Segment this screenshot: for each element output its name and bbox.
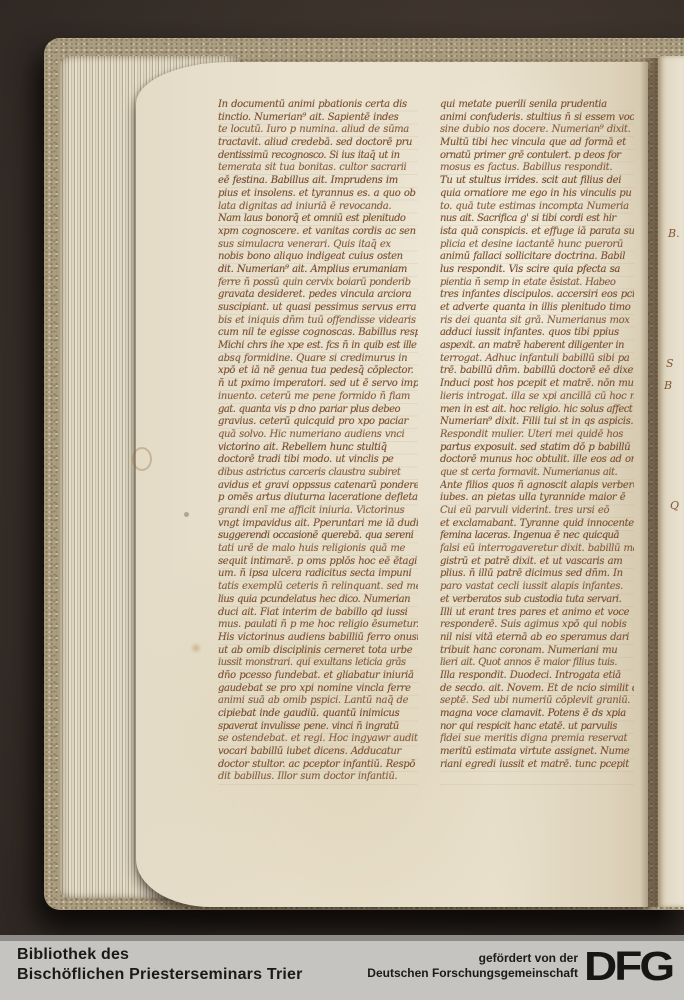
- manuscript-text-line: lius quia pcundelatus hec dico. Numerian: [218, 594, 418, 607]
- library-name: Bibliothek des Bischöflichen Priestersem…: [17, 945, 303, 984]
- manuscript-text-line: dit babillus. Illor sum doctor infantiū.: [218, 771, 418, 784]
- manuscript-text-line: vocari babillū iubet dicens. Adducatur: [218, 746, 418, 759]
- manuscript-text-line: lata dignitas ad iniuriā ē revocanda.: [218, 201, 418, 214]
- manuscript-text-line: xpō et iā nē genua tua pedesq̄ cōplector…: [218, 365, 418, 378]
- parchment-stain: [190, 642, 202, 654]
- manuscript-book: In documentū animi pbationis certa disti…: [44, 38, 684, 910]
- manuscript-text-line: men in est ait. hoc religio. hic solus a…: [440, 404, 634, 417]
- manuscript-text-line: septē. Sed ubi numeriū cōplevit graniū.: [440, 695, 634, 708]
- manuscript-text-line: lus respondit. Vis scire quia pfecta sa: [440, 264, 634, 277]
- manuscript-text-column-right: qui metate puerili senila prudentiaanimi…: [440, 99, 634, 787]
- manuscript-text-line: ferre n̄ possū quin cervix boiarū ponder…: [218, 277, 418, 290]
- manuscript-text-line: lieris introgat. illa se xpi ancillā cū …: [440, 391, 634, 404]
- manuscript-text-line: vngt impavidus ait. Pperuntari me iā dud…: [218, 518, 418, 531]
- funding-credit: gefördert von der Deutschen Forschungsge…: [367, 951, 578, 980]
- manuscript-text-line: Michi chrs ihe xpe est. fcs n̄ in quib e…: [218, 340, 418, 353]
- manuscript-text-line: pius et insolens. et tyrannus es. a quo …: [218, 188, 418, 201]
- manuscript-text-line: doctor stultor. ac pceptor infantiū. Res…: [218, 759, 418, 772]
- cropped-letter-fragment: B.: [668, 227, 680, 240]
- manuscript-text-line: ista quā conspicis. et effuge iā parata …: [440, 226, 634, 239]
- manuscript-text-line: ornatū primer grē contulert. p deos for: [440, 150, 634, 163]
- manuscript-text-line: His victorinus audiens babilliū ferro on…: [218, 632, 418, 645]
- manuscript-text-line: animi suā ab omib pspici. Lantū naq̄ de: [218, 695, 418, 708]
- dfg-logo: DFG: [584, 942, 676, 986]
- manuscript-text-line: Illi ut erant tres pares et animo et voc…: [440, 607, 634, 620]
- manuscript-text-line: victorino ait. Rebellem hunc stultiq̄: [218, 442, 418, 455]
- manuscript-text-line: absq formidine. Quare si credimurus in: [218, 353, 418, 366]
- manuscript-text-line: et verberatos sub custodia tuta servari.: [440, 594, 634, 607]
- manuscript-text-line: grandi enī me afficit iniuria. Victorinu…: [218, 505, 418, 518]
- manuscript-text-line: femina laceras. Ingenua ē nec quicquā: [440, 530, 634, 543]
- manuscript-text-line: cum nil te egisse cognoscas. Babillus re…: [218, 327, 418, 340]
- manuscript-text-line: et adverte quanta in illis plenitudo tim…: [440, 302, 634, 315]
- manuscript-text-line: fidei sue meritis digna premia reservat: [440, 733, 634, 746]
- manuscript-text-line: bis et iniquis dn̄m tuū offendisse videa…: [218, 315, 418, 328]
- manuscript-text-line: Nam laus bonorq̄ et omniū est plenitudo: [218, 213, 418, 226]
- manuscript-text-line: de secdo. ait. Novem. Et de ncio similit…: [440, 683, 634, 696]
- manuscript-text-line: quā solvo. Hic numeriano audiens vnci: [218, 429, 418, 442]
- manuscript-text-line: n̄ ut pximo imperatori. sed ut ē servo i…: [218, 378, 418, 391]
- manuscript-text-line: te locutū. Iuro p numina. aliud de sūma: [218, 124, 418, 137]
- manuscript-text-line: ut ab omib disciplinis cerneret tota urb…: [218, 645, 418, 658]
- manuscript-text-line: nobis bono aliquo indigeat cuius osten: [218, 251, 418, 264]
- manuscript-text-line: gistrū et patrē dixit. et ut vascaris am: [440, 556, 634, 569]
- manuscript-text-line: terrogat. Adhuc infantuli babillū sibi p…: [440, 353, 634, 366]
- cropped-letter-fragment: S: [666, 357, 674, 370]
- manuscript-text-line: dibus astrictus carceris claustra subire…: [218, 467, 418, 480]
- manuscript-text-line: dentissimū recognosco. Si ius itaq̄ ut i…: [218, 150, 418, 163]
- library-name-line1: Bibliothek des: [17, 945, 303, 965]
- manuscript-text-line: doctorē munus hoc obtulit. ille eos ad o…: [440, 454, 634, 467]
- manuscript-text-line: tribuit hanc coronam. Numeriani mu: [440, 645, 634, 658]
- manuscript-text-line: gat. quanta vis p dno pariar plus debeo: [218, 404, 418, 417]
- digitized-manuscript-photo: In documentū animi pbationis certa disti…: [0, 0, 684, 1000]
- manuscript-text-line: suggerendi occasionē querebā. qua sereni: [218, 530, 418, 543]
- verso-parchment-page: In documentū animi pbationis certa disti…: [136, 62, 648, 907]
- manuscript-text-line: tatis exemplū ceteris n̄ relinquant. sed…: [218, 581, 418, 594]
- cropped-letter-fragment: Q: [670, 499, 679, 512]
- manuscript-text-line: que st certa formavit. Numerianus ait.: [440, 467, 634, 480]
- manuscript-text-line: meritū estimata virtute assignet. Nume: [440, 746, 634, 759]
- manuscript-text-line: dn̄o pcesso fundebat. et gliabatur iniur…: [218, 670, 418, 683]
- manuscript-text-line: temerata sit tua bonitas. cultor sacrari…: [218, 162, 418, 175]
- funding-credit-line2: Deutschen Forschungsgemeinschaft: [367, 966, 578, 981]
- manuscript-text-line: Ante filios quos n̄ agnoscit alapis verb…: [440, 480, 634, 493]
- manuscript-text-line: Respondit mulier. Uteri mei quidē hos: [440, 429, 634, 442]
- manuscript-text-line: suscipiant. ut quasi pessimus servus err…: [218, 302, 418, 315]
- manuscript-text-line: partus exposuit. sed statim dō p babillū: [440, 442, 634, 455]
- manuscript-text-line: aspexit. an matrē haberent diligenter in: [440, 340, 634, 353]
- manuscript-text-line: tractavit. aliud credebā. sed doctorē pr…: [218, 137, 418, 150]
- cropped-letter-fragment: B: [664, 379, 672, 392]
- manuscript-text-line: tres infantes discipulos. accersiri eos …: [440, 289, 634, 302]
- funding-credit-line1: gefördert von der: [367, 951, 578, 966]
- manuscript-text-line: mus. paulati n̄ p me hoc religio ēsumetu…: [218, 619, 418, 632]
- manuscript-text-line: p omēs artus diuturna laceratione deflet…: [218, 492, 418, 505]
- manuscript-text-line: sequit intimarē. p oms pplōs hoc eē ētag…: [218, 556, 418, 569]
- manuscript-text-line: nil nisi vitā eternā ab eo speramus dari: [440, 632, 634, 645]
- manuscript-text-line: magna voce clamavit. Potens ē ds xpia: [440, 708, 634, 721]
- manuscript-text-line: Multū tibi hec vincula que ad formā et: [440, 137, 634, 150]
- manuscript-text-line: gravius. ceterū quicquid pro xpo paciar: [218, 416, 418, 429]
- manuscript-text-line: quia ornatiore me ego in his vinculis pu: [440, 188, 634, 201]
- manuscript-text-line: riani egredi iussit et matrē. tunc pcepi…: [440, 759, 634, 772]
- manuscript-text-line: plius. n̄ illū patrē dicimus sed dn̄m. I…: [440, 568, 634, 581]
- manuscript-text-line: sine dubio nos docere. Numerian⁹ dixit.: [440, 124, 634, 137]
- manuscript-text-line: Illa respondit. Duodeci. Introgata etiā: [440, 670, 634, 683]
- manuscript-text-line: duci ait. Fiat interim de babillo qd ius…: [218, 607, 418, 620]
- manuscript-text-line: doctorē tradi tibi modo. ut vinclis pe: [218, 454, 418, 467]
- manuscript-text-line: pientia n̄ semp in etate ēsistat. Habeo: [440, 277, 634, 290]
- manuscript-text-line: qui metate puerili senila prudentia: [440, 99, 634, 112]
- manuscript-text-line: paro vastat cecli iussit alapis infantes…: [440, 581, 634, 594]
- manuscript-text-line: sus simulacra venerari. Quis itaq̄ ex: [218, 239, 418, 252]
- manuscript-text-line: ris dei quanta sit grā. Numerianus mox: [440, 315, 634, 328]
- library-name-line2: Bischöflichen Priesterseminars Trier: [17, 965, 303, 985]
- manuscript-text-line: avidus et gravi oppssus catenarū pondere: [218, 480, 418, 493]
- manuscript-text-line: xpm cognoscere. et vanitas cordis ac sen: [218, 226, 418, 239]
- recto-page-sliver: B.SBQ: [658, 56, 684, 907]
- manuscript-text-line: animi confuderis. stultius n̄ si essem v…: [440, 112, 634, 125]
- manuscript-text-line: nor qui respicit hanc etatē. ut parvulis: [440, 721, 634, 734]
- manuscript-text-line: responderē. Suis agimus xpō qui nobis: [440, 619, 634, 632]
- manuscript-text-line: gravata desideret. pedes vincula arciora: [218, 289, 418, 302]
- manuscript-text-line: um. n̄ ipsa ulcera radicitus secta impun…: [218, 568, 418, 581]
- manuscript-text-line: falsi eū interrogaveretur dixit. babillū…: [440, 543, 634, 556]
- manuscript-text-line: to. quā tute estimas incompta Numeria: [440, 201, 634, 214]
- manuscript-text-line: Tu ut stultus irrides. scit aut filius d…: [440, 175, 634, 188]
- manuscript-text-line: trē. babillū dn̄m. babillū doctorē eē di…: [440, 365, 634, 378]
- manuscript-text-line: lieri ait. Quot annos ē maior filius tui…: [440, 657, 634, 670]
- manuscript-text-line: Cui eū parvuli viderint. tres ursi eō: [440, 505, 634, 518]
- manuscript-text-line: iubes. an pietas ulla tyrannide maior ē: [440, 492, 634, 505]
- manuscript-text-line: Numerian⁹ dixit. Filii tui st in qs aspi…: [440, 416, 634, 429]
- manuscript-text-line: eē festina. Babillus ait. Imprudens im: [218, 175, 418, 188]
- manuscript-text-line: gaudebat se pro xpi nomine vincla ferre: [218, 683, 418, 696]
- manuscript-text-line: se ostendebat. et regi. Hoc ingyawr audi…: [218, 733, 418, 746]
- manuscript-text-line: iussit monstrari. qui exultans leticia g…: [218, 657, 418, 670]
- manuscript-text-line: tinctio. Numerian⁹ ait. Sapientē indes: [218, 112, 418, 125]
- manuscript-text-line: spaverat invulisse pene. vinci n̄ ingrat…: [218, 721, 418, 734]
- manuscript-text-line: plicia et desine iactantē hunc puerorū: [440, 239, 634, 252]
- manuscript-text-line: tati urē de malo huis religionis quā me: [218, 543, 418, 556]
- manuscript-text-line: nus ait. Sacrifica g' si tibi cordi est …: [440, 213, 634, 226]
- manuscript-text-line: animū fallaci sollicitare doctrina. Babi…: [440, 251, 634, 264]
- manuscript-text-line: mosus es factus. Babillus respondit.: [440, 162, 634, 175]
- manuscript-text-line: inuento. ceterū me pene formido n̄ fiam: [218, 391, 418, 404]
- manuscript-text-column-left: In documentū animi pbationis certa disti…: [218, 99, 418, 787]
- manuscript-text-line: In documentū animi pbationis certa dis: [218, 99, 418, 112]
- parchment-stain: [184, 512, 189, 517]
- manuscript-text-line: adduci iussit infantes. quos tibi ppius: [440, 327, 634, 340]
- manuscript-text-line: dit. Numerian⁹ ait. Amplius erumaniam: [218, 264, 418, 277]
- manuscript-text-line: Induci post hos pcepit et matrē. nōn mu: [440, 378, 634, 391]
- manuscript-text-line: cipiebat inde gaudiū. quantū inimicus: [218, 708, 418, 721]
- manuscript-text-line: et exclamabant. Tyranne quid innocente: [440, 518, 634, 531]
